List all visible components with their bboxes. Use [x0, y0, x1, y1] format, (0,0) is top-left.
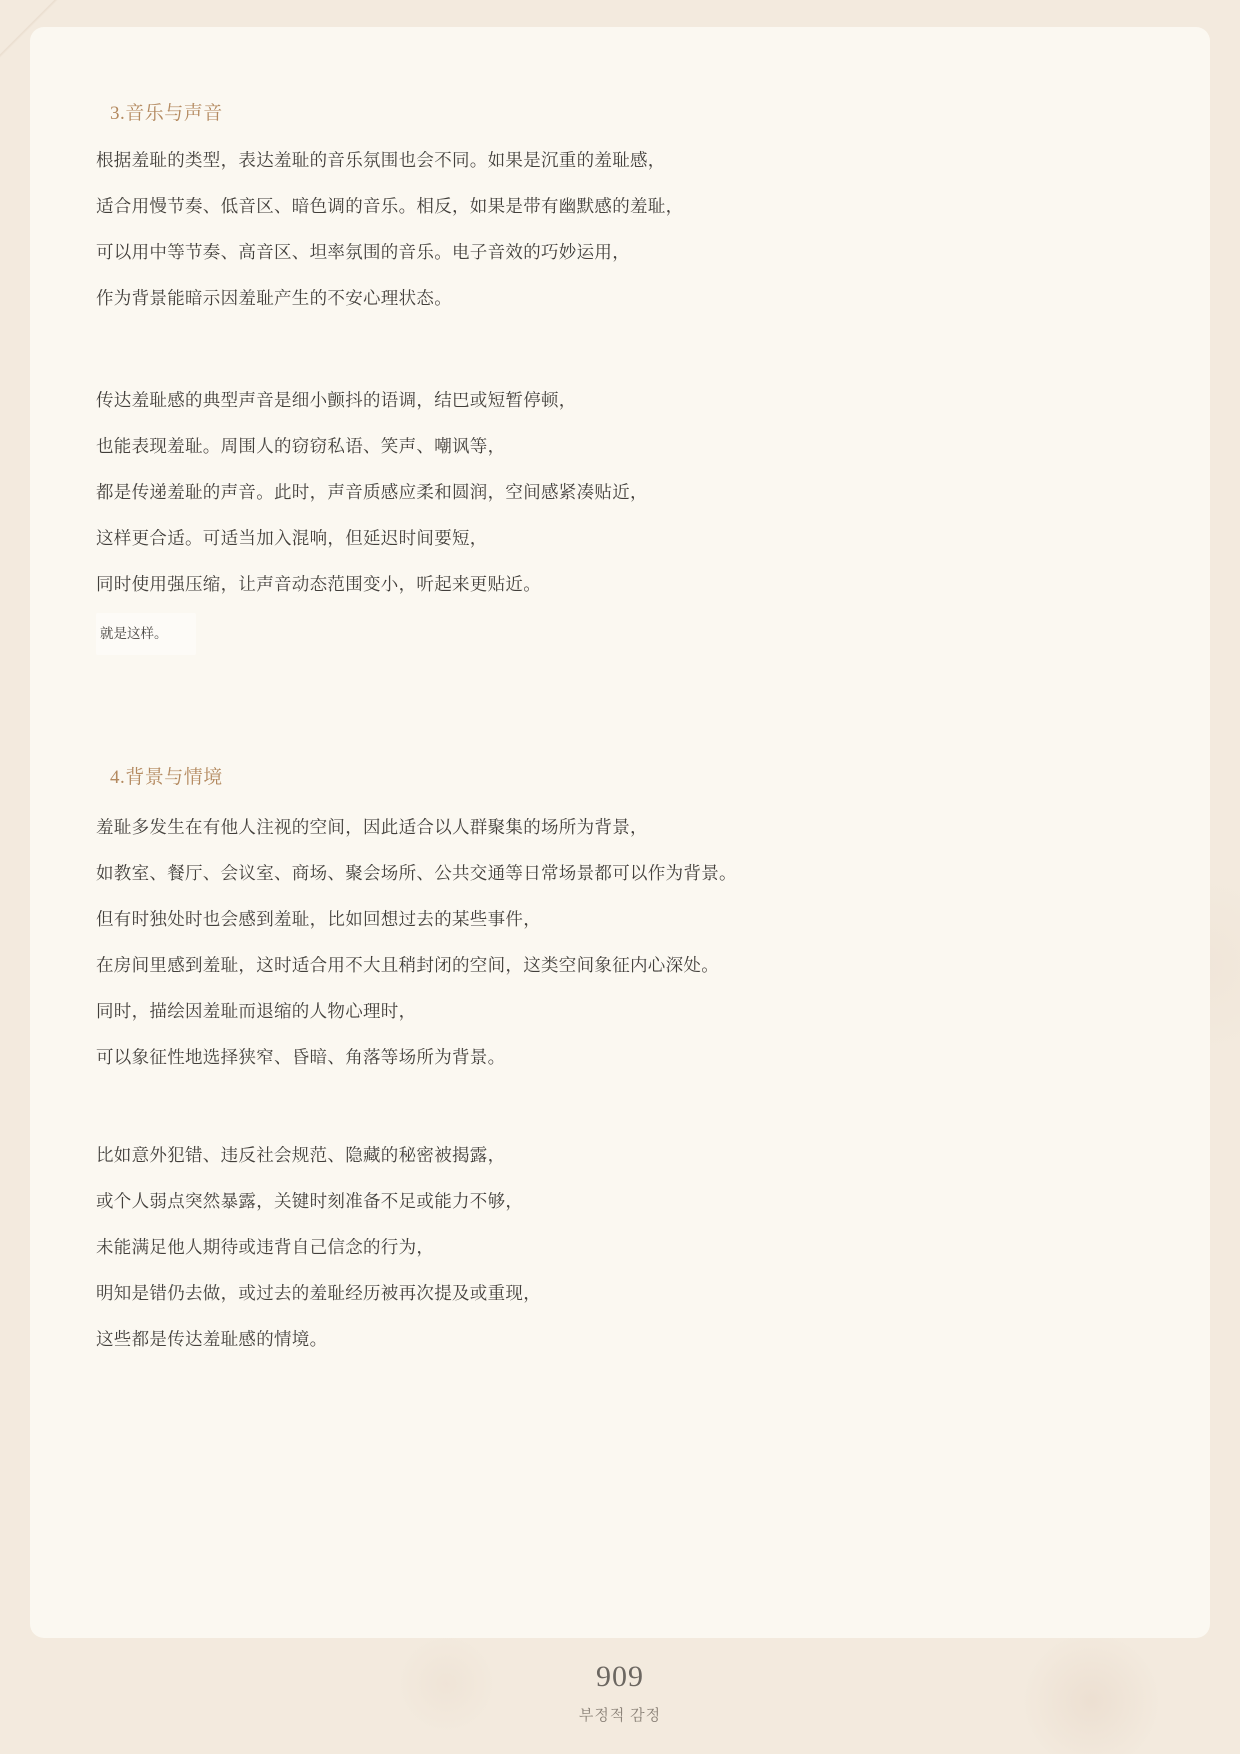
chapter-title: 부정적 감정: [0, 1706, 1240, 1726]
text-line: 同时使用强压缩，让声音动态范围变小，听起来更贴近。: [96, 561, 1144, 607]
page-number: 909: [0, 1660, 1240, 1694]
text-line: 这些都是传达羞耻感的情境。: [96, 1316, 1144, 1362]
text-line: 适合用慢节奏、低音区、暗色调的音乐。相反，如果是带有幽默感的羞耻，: [96, 183, 1144, 229]
text-line: 传达羞耻感的典型声音是细小颤抖的语调，结巴或短暂停顿，: [96, 377, 1144, 423]
text-line: 如教室、餐厅、会议室、商场、聚会场所、公共交通等日常场景都可以作为背景。: [96, 850, 1144, 896]
page-card: 3.音乐与声音 根据羞耻的类型，表达羞耻的音乐氛围也会不同。如果是沉重的羞耻感，…: [30, 27, 1210, 1638]
paragraph: 比如意外犯错、违反社会规范、隐藏的秘密被揭露， 或个人弱点突然暴露，关键时刻准备…: [96, 1132, 1144, 1362]
text-line: 明知是错仍去做，或过去的羞耻经历被再次提及或重现，: [96, 1270, 1144, 1316]
paragraph: 根据羞耻的类型，表达羞耻的音乐氛围也会不同。如果是沉重的羞耻感， 适合用慢节奏、…: [96, 137, 1144, 321]
section-heading: 4.背景与情境: [110, 765, 1144, 791]
text-line: 比如意外犯错、违反社会规范、隐藏的秘密被揭露，: [96, 1132, 1144, 1178]
text-line: 或个人弱点突然暴露，关键时刻准备不足或能力不够，: [96, 1178, 1144, 1224]
section-music-and-sound: 3.音乐与声音 根据羞耻的类型，表达羞耻的音乐氛围也会不同。如果是沉重的羞耻感，…: [96, 101, 1144, 655]
text-line: 但有时独处时也会感到羞耻，比如回想过去的某些事件，: [96, 896, 1144, 942]
section-background-and-context: 4.背景与情境 羞耻多发生在有他人注视的空间，因此适合以人群聚集的场所为背景， …: [96, 765, 1144, 1362]
text-line: 根据羞耻的类型，表达羞耻的音乐氛围也会不同。如果是沉重的羞耻感，: [96, 137, 1144, 183]
text-line: 这样更合适。可适当加入混响，但延迟时间要短，: [96, 515, 1144, 561]
text-line: 可以象征性地选择狭窄、昏暗、角落等场所为背景。: [96, 1034, 1144, 1080]
text-line: 都是传递羞耻的声音。此时，声音质感应柔和圆润，空间感紧凑贴近，: [96, 469, 1144, 515]
footnote-row: 就是这样。: [96, 613, 1144, 655]
text-line: 羞耻多发生在有他人注视的空间，因此适合以人群聚集的场所为背景，: [96, 804, 1144, 850]
text-line: 同时，描绘因羞耻而退缩的人物心理时，: [96, 988, 1144, 1034]
text-line: 可以用中等节奏、高音区、坦率氛围的音乐。电子音效的巧妙运用，: [96, 229, 1144, 275]
text-line: 在房间里感到羞耻，这时适合用不大且稍封闭的空间，这类空间象征内心深处。: [96, 942, 1144, 988]
paragraph: 传达羞耻感的典型声音是细小颤抖的语调，结巴或短暂停顿， 也能表现羞耻。周围人的窃…: [96, 377, 1144, 607]
text-line: 也能表现羞耻。周围人的窃窃私语、笑声、嘲讽等，: [96, 423, 1144, 469]
footnote: 就是这样。: [96, 613, 196, 655]
text-line: 作为背景能暗示因羞耻产生的不安心理状态。: [96, 275, 1144, 321]
text-line: 未能满足他人期待或违背自己信念的行为，: [96, 1224, 1144, 1270]
section-heading: 3.音乐与声音: [110, 101, 1144, 127]
paragraph: 羞耻多发生在有他人注视的空间，因此适合以人群聚集的场所为背景， 如教室、餐厅、会…: [96, 804, 1144, 1080]
page-footer: 909 부정적 감정: [0, 1660, 1240, 1726]
